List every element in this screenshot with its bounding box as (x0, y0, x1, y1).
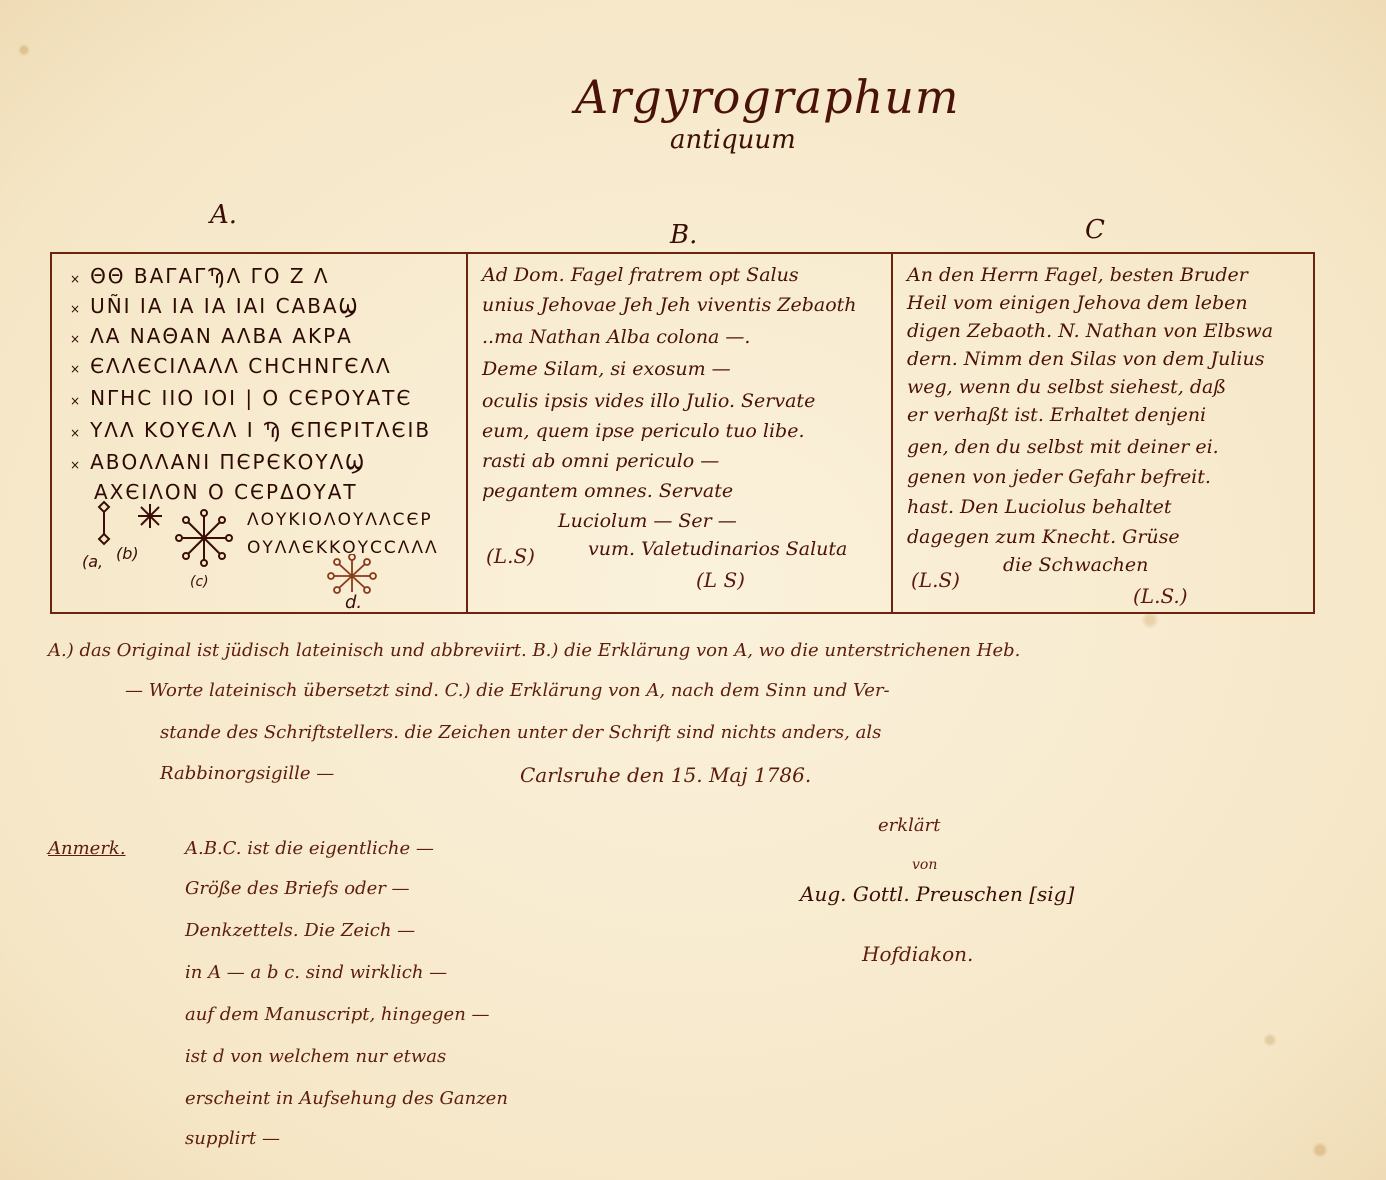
document-title: Argyrographum (575, 70, 960, 124)
place-date: Carlsruhe den 15. Maj 1786. (520, 763, 811, 787)
column-c-german: An den Herrn Fagel, besten Bruder Heil v… (891, 254, 1313, 612)
symbol-label-a: (a, (82, 552, 103, 571)
signature-line: von (912, 857, 937, 873)
column-a-original: ×ΘΘ ΒΑΓΑΓϠΛ ΓΟ Ζ Λ ×UÑI ΙΑ ΙΑ ΙΑ ΙΑΙ CΑΒ… (52, 254, 466, 612)
explanation-line: A.) das Original ist jüdisch lateinisch … (48, 640, 1020, 661)
signature-line: erklärt (878, 815, 941, 836)
german-line: er verhaßt ist. Erhaltet denjeni (907, 404, 1206, 426)
latin-line: ..ma Nathan Alba colona —. (482, 326, 750, 348)
german-line: hast. Den Luciolus behaltet (907, 496, 1171, 518)
german-line: genen von jeder Gefahr befreit. (907, 466, 1211, 488)
annotation-line: in A — a b c. sind wirklich — (185, 962, 447, 983)
signature-title: Hofdiakon. (862, 942, 973, 966)
symbol-label-d: d. (345, 592, 362, 613)
column-b-latin: Ad Dom. Fagel fratrem opt Salus unius Je… (466, 254, 891, 612)
annotation-line: auf dem Manuscript, hingegen — (185, 1004, 490, 1025)
german-line: Heil vom einigen Jehova dem leben (907, 292, 1248, 314)
greek-row: ×ΝΓΗC ΙΙΟ ΙΟΙ | Ο CЄΡΟΥΑΤЄ (70, 386, 412, 410)
latin-line: vum. Valetudinarios Saluta (588, 538, 847, 560)
letter-table: ×ΘΘ ΒΑΓΑΓϠΛ ΓΟ Ζ Λ ×UÑI ΙΑ ΙΑ ΙΑ ΙΑΙ CΑΒ… (50, 252, 1315, 614)
explanation-line: stande des Schriftstellers. die Zeichen … (160, 722, 881, 743)
greek-row: ΛΟΥΚΙΟΛΟΥΛΛCЄΡ (247, 510, 433, 530)
annotation-line: Größe des Briefs oder — (185, 878, 410, 899)
explanation-line: Rabbinorgsigille — (160, 763, 334, 784)
latin-line: rasti ab omni periculo — (482, 450, 719, 472)
annotation-line: Denkzettels. Die Zeich — (185, 920, 415, 941)
annotation-line: A.B.C. ist die eigentliche — (185, 838, 434, 859)
latin-line: pegantem omnes. Servate (482, 480, 733, 502)
greek-row: ×ΥΛΛ ΚΟΥЄΛΛ Ι Ϡ ЄΠЄΡΙΤΛЄΙΒ (70, 418, 431, 442)
symbol-label-b: (b) (116, 544, 139, 563)
german-line: gen, den du selbst mit deiner ei. (907, 436, 1219, 458)
greek-row: ×ΘΘ ΒΑΓΑΓϠΛ ΓΟ Ζ Λ (70, 264, 330, 288)
latin-line: eum, quem ipse periculo tuo libe. (482, 420, 805, 442)
german-line: weg, wenn du selbst siehest, daß (907, 376, 1226, 398)
annotation-line: supplirt — (185, 1128, 280, 1149)
explanation-line: — Worte lateinisch übersetzt sind. C.) d… (125, 680, 890, 701)
latin-line: Deme Silam, si exosum — (482, 358, 731, 380)
greek-row: ×ЄΛΛЄCΙΛΑΛΛ CΗCΗΝΓЄΛΛ (70, 354, 392, 378)
latin-line: Ad Dom. Fagel fratrem opt Salus (482, 264, 799, 286)
symbol-label-c: (c) (190, 574, 209, 590)
column-label-a: A. (210, 200, 237, 230)
german-line: An den Herrn Fagel, besten Bruder (907, 264, 1248, 286)
document-subtitle: antiquum (670, 125, 796, 155)
latin-line: Luciolum — Ser — (558, 510, 737, 532)
german-line: dagegen zum Knecht. Grüse (907, 526, 1180, 548)
latin-line: oculis ipsis vides illo Julio. Servate (482, 390, 815, 412)
column-label-b: B. (670, 220, 697, 250)
seal-mark-right: (L.S.) (1133, 584, 1188, 608)
annotation-label: Anmerk. (48, 838, 126, 859)
greek-row: ×ΛΑ ΝΑΘΑΝ ΑΛΒΑ ΑΚΡΑ (70, 324, 353, 348)
german-line: dern. Nimm den Silas von dem Julius (907, 348, 1264, 370)
latin-line: unius Jehovae Jeh Jeh viventis Zebaoth (482, 294, 857, 316)
german-line: digen Zebaoth. N. Nathan von Elbswa (907, 320, 1273, 342)
greek-row: ×UÑI ΙΑ ΙΑ ΙΑ ΙΑΙ CΑΒΑϢ (70, 294, 359, 318)
annotation-line: ist d von welchem nur etwas (185, 1046, 446, 1067)
seal-mark-left: (L.S) (486, 544, 535, 568)
column-label-c: C (1085, 215, 1105, 245)
german-line: die Schwachen (1003, 554, 1148, 576)
seal-mark-right: (L S) (696, 568, 745, 592)
greek-row: ×ΑΒΟΛΛΑΝΙ ΠЄΡЄΚΟΥΛϢ (70, 450, 366, 474)
seal-mark-left: (L.S) (911, 568, 960, 592)
signature-name: Aug. Gottl. Preuschen [sig] (800, 882, 1074, 906)
annotation-line: erscheint in Aufsehung des Ganzen (185, 1088, 508, 1109)
